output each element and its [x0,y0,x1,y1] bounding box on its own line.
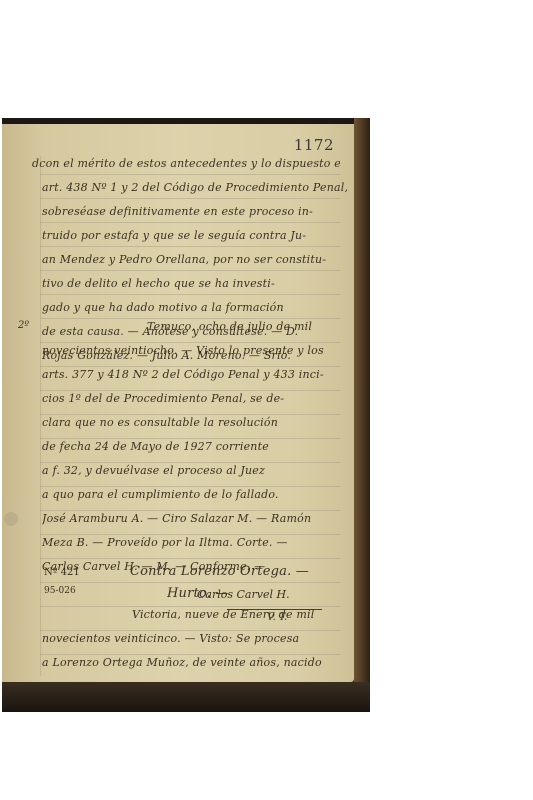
ruled-line [40,198,340,199]
ruled-line [40,318,340,319]
ruled-line [40,414,340,415]
text-line: tivo de delito el hecho que se ha invest… [42,277,350,290]
entry-line: Victoria, nueve de Enero de mil [132,608,347,621]
entry-line: a Lorenzo Ortega Muñoz, de veinte años, … [42,656,350,669]
ruled-line [40,558,340,559]
ruled-line [40,222,340,223]
document-photo: 1172 dcon el mérito de estos antecedente… [2,118,370,712]
text-line: a quo para el cumplimiento de lo fallado… [42,488,350,501]
text-line: an Mendez y Pedro Orellana, por no ser c… [42,253,350,266]
text-line: novecientos veintiocho. — Visto lo prese… [42,344,350,357]
text-line: truido por estafa y que se le seguía con… [42,229,350,242]
paper-stain [4,512,18,526]
text-line: art. 438 Nº 1 y 2 del Código de Procedim… [42,181,350,194]
text-line: gado y que ha dado motivo a la formación [42,301,350,314]
entry-title: Contra Lorenzo Ortega. — [130,564,330,579]
ruled-line [40,246,340,247]
text-line: José Aramburu A. — Ciro Salazar M. — Ram… [42,512,350,525]
ruled-line [40,510,340,511]
book-edge-shadow [2,682,370,712]
ruled-line [40,390,340,391]
ruled-line [40,342,340,343]
entry-number: Nº 421 [44,567,80,578]
text-line: Meza B. — Proveído por la Iltma. Corte. … [42,536,350,549]
ruled-line [40,606,340,607]
text-line: de fecha 24 de Mayo de 1927 corriente [42,440,350,453]
ruled-line [40,582,340,583]
ruled-line [40,366,340,367]
ruled-line [40,270,340,271]
ruled-line [40,654,340,655]
text-line: clara que no es consultable la resolució… [42,416,350,429]
text-line: Temuco, ocho de julio de mil [147,320,347,333]
folio-number: 1172 [294,136,334,154]
book-binding [354,118,370,698]
text-line: arts. 377 y 418 Nº 2 del Código Penal y … [42,368,350,381]
text-line: dcon el mérito de estos antecedentes y l… [32,157,340,170]
text-line: cios 1º del de Procedimiento Penal, se d… [42,392,350,405]
ruled-line [40,486,340,487]
entry-code: 95-026 [44,586,76,596]
ruled-line [40,438,340,439]
margin-rule [40,156,41,676]
text-line: sobreséase definitivamente en este proce… [42,205,350,218]
ledger-page: 1172 dcon el mérito de estos antecedente… [2,124,354,682]
entry-line: novecientos veinticinco. — Visto: Se pro… [42,632,350,645]
ruled-line [40,630,340,631]
margin-note-2: 2º [18,320,29,331]
text-line: a f. 32, y devuélvase el proceso al Juez [42,464,350,477]
entry-subject: Hurto. — [167,586,287,601]
ruled-line [40,174,340,175]
ruled-line [40,294,340,295]
ruled-line [40,534,340,535]
ruled-line [40,462,340,463]
